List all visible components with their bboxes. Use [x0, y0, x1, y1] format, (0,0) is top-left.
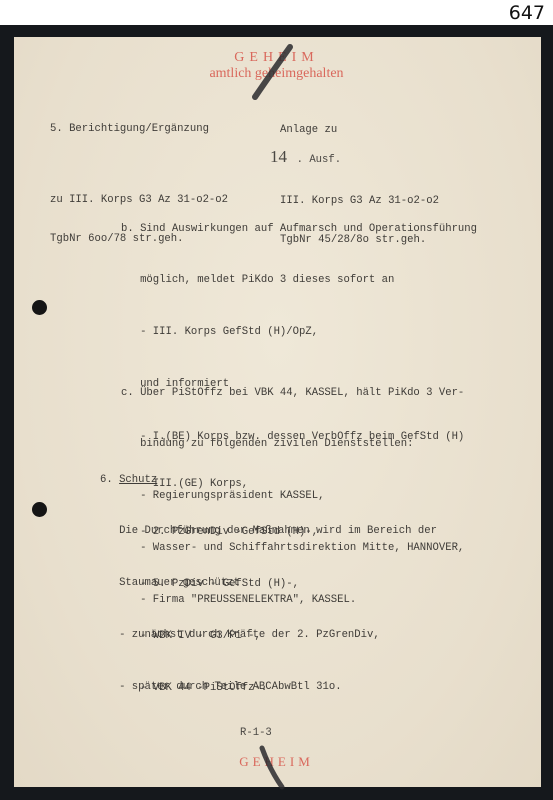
section-6-heading: Schutz — [119, 474, 157, 486]
classification-stamp-bottom: GEHEIM — [0, 754, 553, 770]
copy-number: 14 — [270, 147, 287, 166]
punch-hole-bottom — [32, 502, 47, 517]
header-right-line1: Anlage zu — [280, 124, 439, 137]
section-6-number: 6. — [100, 474, 113, 486]
section-b-line: möglich, meldet PiKdo 3 dieses sofort an — [121, 272, 477, 289]
section-c-line: c. Über PiStOffz bei VBK 44, KASSEL, häl… — [121, 385, 464, 402]
page-reference: R-1-3 — [240, 727, 272, 739]
classification-subtitle: amtlich geheimgehalten — [0, 66, 553, 82]
page-number: 647 — [509, 2, 545, 24]
punch-hole-top — [32, 300, 47, 315]
section-6-title: 6. Schutz — [100, 472, 437, 489]
copy-number-line: 14 . Ausf. — [270, 147, 341, 167]
section-6-line: Die Durchführung der Maßnahmen wird im B… — [100, 523, 437, 540]
section-6: 6. Schutz Die Durchführung der Maßnahmen… — [100, 437, 437, 714]
classification-stamp-top: GEHEIM — [0, 50, 553, 66]
section-b-line: b. Sind Auswirkungen auf Aufmarsch und O… — [121, 221, 477, 238]
copy-suffix: . Ausf. — [297, 154, 342, 166]
header-left-line1: 5. Berichtigung/Ergänzung — [50, 123, 228, 136]
section-6-line: - zunächst durch Kräfte der 2. PzGrenDiv… — [100, 627, 437, 644]
section-6-line: - später durch Teile ABCAbwBtl 31o. — [100, 679, 437, 696]
section-b-line: - III. Korps GefStd (H)/OpZ, — [121, 324, 477, 341]
section-6-line: Staumauer geschützt — [100, 575, 437, 592]
